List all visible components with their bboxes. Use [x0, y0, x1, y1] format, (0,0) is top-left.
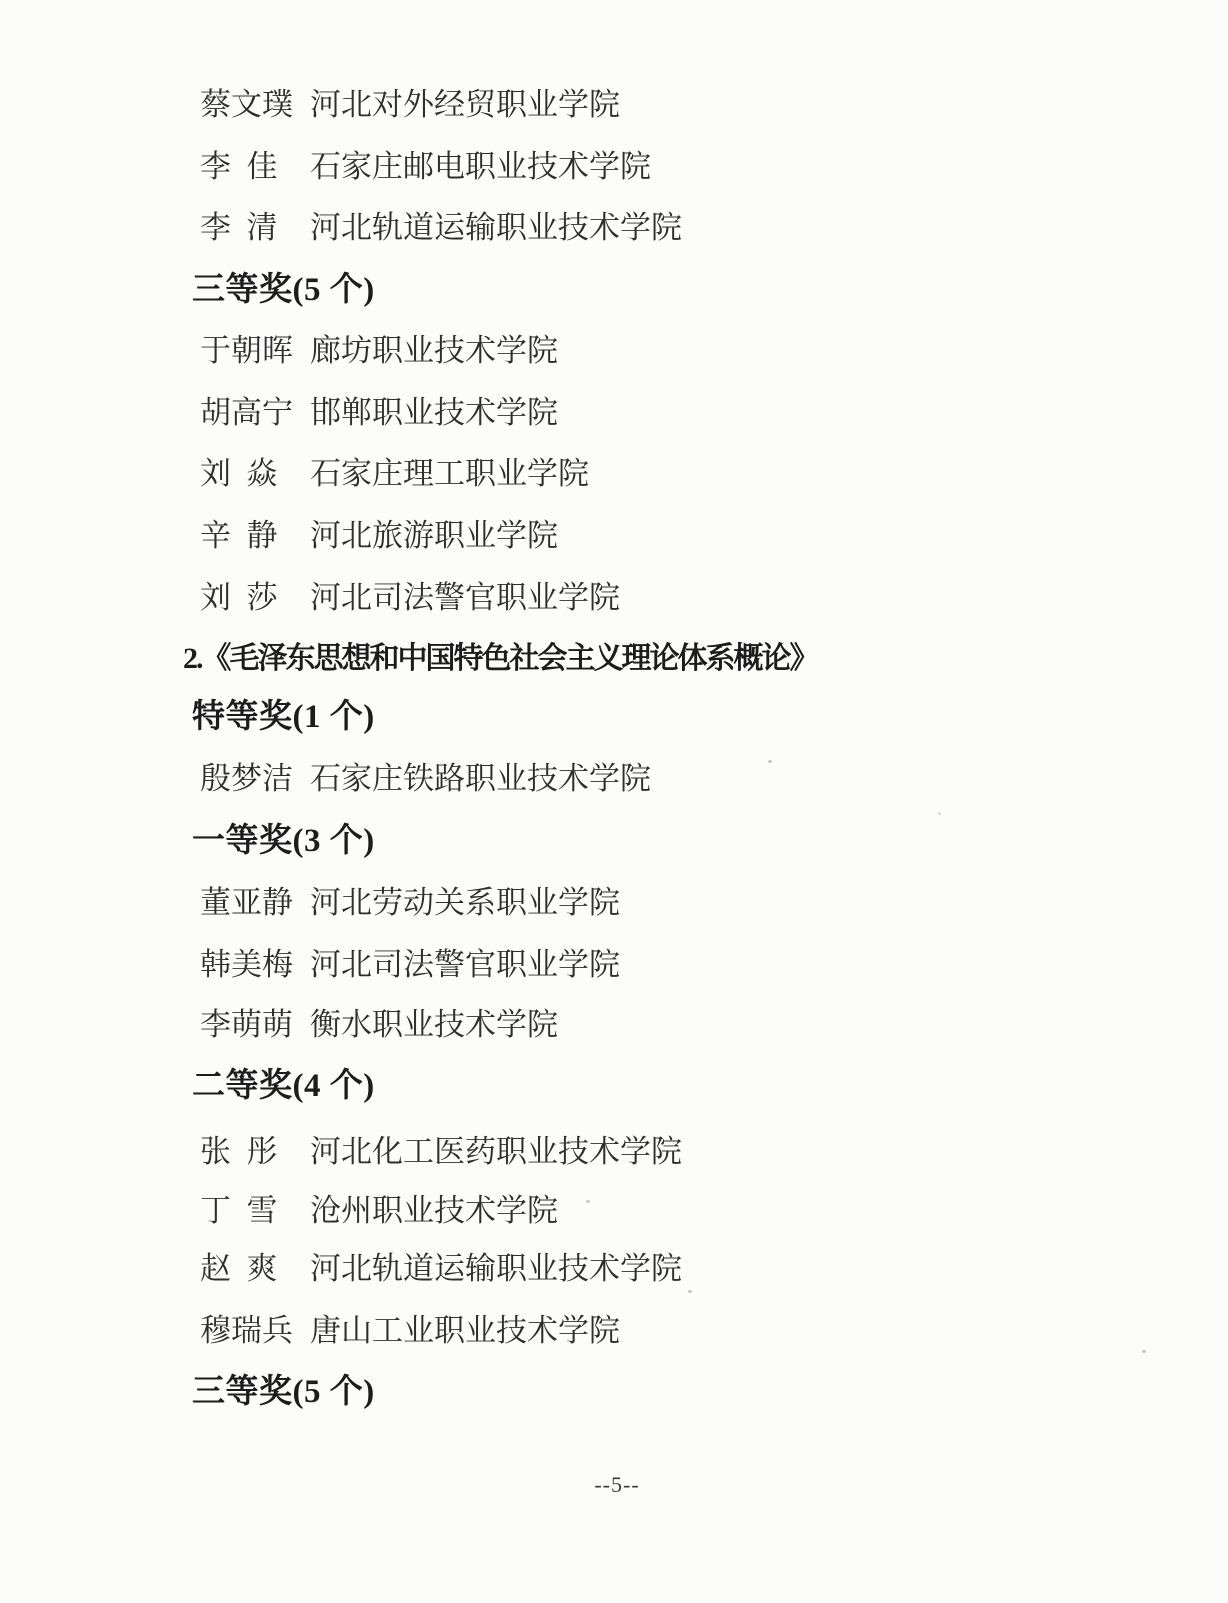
scan-speck	[1142, 1350, 1146, 1353]
winner-institution: 沧州职业技术学院	[310, 1191, 558, 1231]
scan-speck	[768, 760, 772, 763]
winner-name: 刘 莎	[200, 578, 278, 618]
award-entry-row: 李萌萌衡水职业技术学院	[0, 1005, 1228, 1045]
winner-institution: 河北化工医药职业技术学院	[310, 1132, 682, 1172]
award-entry-row: 于朝晖廊坊职业技术学院	[0, 331, 1228, 371]
course-title-text: 2.《毛泽东思想和中国特色社会主义理论体系概论》	[183, 639, 818, 679]
winner-institution: 河北劳动关系职业学院	[310, 883, 620, 923]
winner-institution: 廊坊职业技术学院	[310, 331, 558, 371]
award-entry-row: 李 清河北轨道运输职业技术学院	[0, 208, 1228, 248]
winner-institution: 河北司法警官职业学院	[310, 578, 620, 618]
document-page: 蔡文璞河北对外经贸职业学院李 佳石家庄邮电职业技术学院李 清河北轨道运输职业技术…	[0, 0, 1228, 1603]
award-tier-heading: 二等奖(4 个)	[0, 1066, 1228, 1106]
award-entry-row: 张 彤河北化工医药职业技术学院	[0, 1132, 1228, 1172]
winner-name: 张 彤	[200, 1132, 278, 1172]
winner-name: 刘 焱	[200, 454, 278, 494]
award-entry-row: 李 佳石家庄邮电职业技术学院	[0, 147, 1228, 187]
winner-institution: 河北旅游职业学院	[310, 516, 558, 556]
award-entry-row: 蔡文璞河北对外经贸职业学院	[0, 85, 1228, 125]
award-entry-row: 刘 莎河北司法警官职业学院	[0, 578, 1228, 618]
award-entry-row: 辛 静河北旅游职业学院	[0, 516, 1228, 556]
award-tier-heading-text: 三等奖(5 个)	[192, 270, 375, 310]
winner-name: 董亚静	[200, 883, 293, 923]
winner-institution: 石家庄理工职业学院	[310, 454, 589, 494]
winner-institution: 河北轨道运输职业技术学院	[310, 1249, 682, 1289]
winner-institution: 河北轨道运输职业技术学院	[310, 208, 682, 248]
page-number: --5--	[594, 1472, 639, 1498]
course-title: 2.《毛泽东思想和中国特色社会主义理论体系概论》	[0, 639, 1228, 679]
award-entry-row: 胡高宁邯郸职业技术学院	[0, 393, 1228, 433]
award-tier-heading-text: 三等奖(5 个)	[192, 1372, 375, 1412]
winner-name: 穆瑞兵	[200, 1311, 293, 1351]
winner-name: 殷梦洁	[200, 759, 293, 799]
award-tier-heading-text: 二等奖(4 个)	[192, 1066, 375, 1106]
award-entry-row: 殷梦洁石家庄铁路职业技术学院	[0, 759, 1228, 799]
award-entry-row: 穆瑞兵唐山工业职业技术学院	[0, 1311, 1228, 1351]
winner-name: 于朝晖	[200, 331, 293, 371]
winner-name: 赵 爽	[200, 1249, 278, 1289]
scan-speck	[688, 1290, 692, 1293]
award-entry-row: 刘 焱石家庄理工职业学院	[0, 454, 1228, 494]
winner-name: 韩美梅	[200, 945, 293, 985]
winner-name: 丁 雪	[200, 1191, 278, 1231]
award-entry-row: 赵 爽河北轨道运输职业技术学院	[0, 1249, 1228, 1289]
winner-institution: 河北对外经贸职业学院	[310, 85, 620, 125]
award-entry-row: 董亚静河北劳动关系职业学院	[0, 883, 1228, 923]
award-tier-heading: 三等奖(5 个)	[0, 1372, 1228, 1412]
scan-speck	[586, 1200, 590, 1203]
winner-institution: 河北司法警官职业学院	[310, 945, 620, 985]
winner-institution: 石家庄邮电职业技术学院	[310, 147, 651, 187]
winner-name: 辛 静	[200, 516, 278, 556]
scan-speck	[938, 812, 941, 815]
award-tier-heading: 特等奖(1 个)	[0, 697, 1228, 737]
award-entry-row: 韩美梅河北司法警官职业学院	[0, 945, 1228, 985]
winner-name: 蔡文璞	[200, 85, 293, 125]
award-tier-heading-text: 一等奖(3 个)	[192, 821, 375, 861]
award-tier-heading-text: 特等奖(1 个)	[192, 697, 375, 737]
winner-name: 李萌萌	[200, 1005, 293, 1045]
award-tier-heading: 一等奖(3 个)	[0, 821, 1228, 861]
winner-institution: 石家庄铁路职业技术学院	[310, 759, 651, 799]
winner-institution: 邯郸职业技术学院	[310, 393, 558, 433]
winner-institution: 唐山工业职业技术学院	[310, 1311, 620, 1351]
winner-name: 李 清	[200, 208, 278, 248]
winner-name: 胡高宁	[200, 393, 293, 433]
award-entry-row: 丁 雪沧州职业技术学院	[0, 1191, 1228, 1231]
winner-name: 李 佳	[200, 147, 278, 187]
award-tier-heading: 三等奖(5 个)	[0, 270, 1228, 310]
winner-institution: 衡水职业技术学院	[310, 1005, 558, 1045]
